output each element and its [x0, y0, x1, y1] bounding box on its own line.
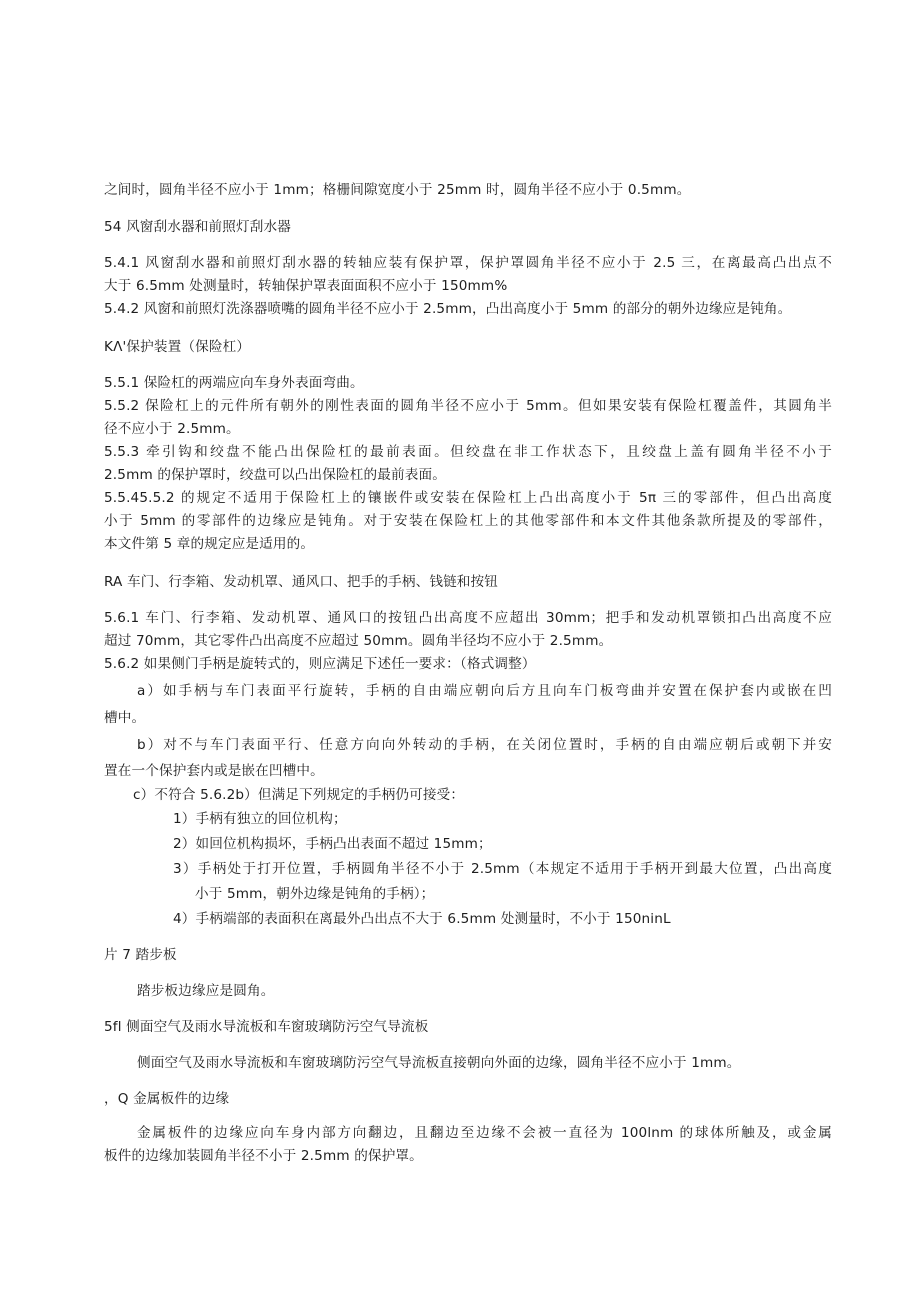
text-line: 径不应小于 2.5mm。 [104, 418, 832, 440]
text-line: 之间时，圆角半径不应小于 1mm；格栅间隙宽度小于 25mm 时，圆角半径不应小… [104, 179, 832, 201]
text-line: 1）手柄有独立的回位机构； [173, 808, 832, 830]
text-line: 本文件第 5 章的规定应是适用的。 [104, 533, 832, 555]
text-line: 侧面空气及雨水导流板和车窗玻璃防污空气导流板直接朝向外面的边缘，圆角半径不应小于… [137, 1052, 832, 1074]
text-line: 5.5.3 牵引钩和绞盘不能凸出保险杠的最前表面。但绞盘在非工作状态下，且绞盘上… [104, 441, 832, 463]
text-line: 3）手柄处于打开位置，手柄圆角半径不小于 2.5mm（本规定不适用于手柄开到最大… [173, 858, 832, 880]
text-line: KΛ'保护装置（保险杠） [104, 336, 832, 358]
text-line: 5fl 侧面空气及雨水导流板和车窗玻璃防污空气导流板 [104, 1016, 832, 1038]
text-line: RA 车门、行李箱、发动机罩、通风口、把手的手柄、钱链和按钮 [104, 571, 832, 593]
text-line: 大于 6.5mm 处测量时，转轴保护罩表面面积不应小于 150mm% [104, 275, 832, 297]
text-line: 54 风窗刮水器和前照灯刮水器 [104, 216, 832, 238]
text-line: 4）手柄端部的表面积在离最外凸出点不大于 6.5mm 处测量时，不小于 150n… [173, 908, 832, 930]
text-line: 5.4.1 风窗刮水器和前照灯刮水器的转轴应装有保护罩，保护罩圆角半径不应小于 … [104, 252, 832, 274]
text-line: 踏步板边缘应是圆角。 [137, 980, 832, 1002]
text-line: 置在一个保护套内或是嵌在凹槽中。 [104, 760, 832, 782]
text-line: ，Q 金属板件的边缘 [104, 1088, 832, 1110]
text-line: b）对不与车门表面平行、任意方向向外转动的手柄，在关闭位置时，手柄的自由端应朝后… [137, 734, 832, 756]
text-line: 片 7 踏步板 [104, 944, 832, 966]
text-line: 5.4.2 风窗和前照灯洗涤器喷嘴的圆角半径不应小于 2.5mm，凸出高度小于 … [104, 298, 832, 320]
text-line: 5.6.2 如果侧门手柄是旋转式的，则应满足下述任一要求：（格式调整） [104, 653, 832, 675]
text-line: 5.5.2 保险杠上的元件所有朝外的刚性表面的圆角半径不应小于 5mm。但如果安… [104, 395, 832, 417]
text-line: 5.5.45.5.2 的规定不适用于保险杠上的镶嵌件或安装在保险杠上凸出高度小于… [104, 487, 832, 509]
text-line: 小于 5mm 的零部件的边缘应是钝角。对于安装在保险杠上的其他零部件和本文件其他… [104, 510, 832, 532]
text-line: 2）如回位机构损坏，手柄凸出表面不超过 15mm； [173, 833, 832, 855]
document-page: 之间时，圆角半径不应小于 1mm；格栅间隙宽度小于 25mm 时，圆角半径不应小… [0, 0, 920, 1301]
text-line: 槽中。 [104, 707, 832, 729]
text-line: 小于 5mm，朝外边缘是钝角的手柄）； [195, 883, 832, 905]
text-line: 5.5.1 保险杠的两端应向车身外表面弯曲。 [104, 372, 832, 394]
text-line: 板件的边缘加装圆角半径不小于 2.5mm 的保护罩。 [104, 1145, 832, 1167]
text-line: a）如手柄与车门表面平行旋转，手柄的自由端应朝向后方且向车门板弯曲并安置在保护套… [137, 680, 832, 702]
text-line: c）不符合 5.6.2b）但满足下列规定的手柄仍可接受： [133, 784, 832, 806]
text-line: 金属板件的边缘应向车身内部方向翻边，且翻边至边缘不会被一直径为 100lnm 的… [137, 1122, 832, 1144]
text-line: 5.6.1 车门、行李箱、发动机罩、通风口的按钮凸出高度不应超出 30mm；把手… [104, 607, 832, 629]
text-line: 2.5mm 的保护罩时，绞盘可以凸出保险杠的最前表面。 [104, 464, 832, 486]
text-line: 超过 70mm，其它零件凸出高度不应超过 50mm。圆角半径均不应小于 2.5m… [104, 630, 832, 652]
